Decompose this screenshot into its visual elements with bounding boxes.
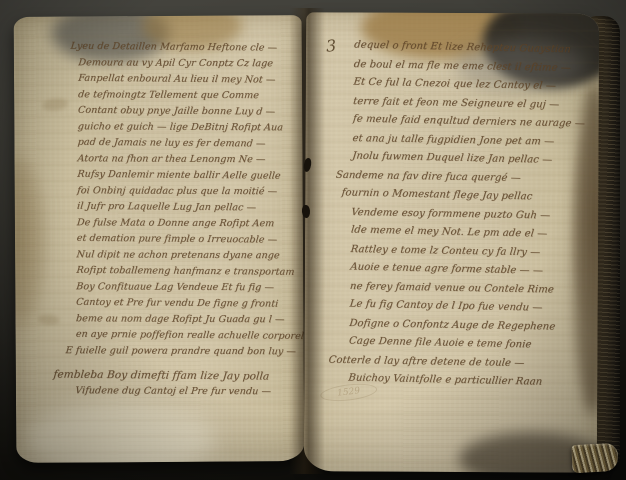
manuscript-line: beme au nom dage Rofipt Ju Guada gu l — <box>75 311 303 328</box>
manuscript-line: fembleba Boy dimefti ffam lize Jay polla <box>53 367 303 385</box>
manuscript-line: Boy Confituaue Lag Vendeue Et fu fig — <box>75 279 303 296</box>
manuscript-line: de tefmoingtz Tellement que Comme <box>77 87 304 104</box>
manuscript-line: Rofipt toballemeng hanfmanz e transporta… <box>76 263 304 281</box>
manuscript-line: Nul dipit ne achon pretenans dyane ange <box>76 247 304 264</box>
manuscript-line: guicho et guich — lige DeBitnj Rofipt Au… <box>77 119 304 136</box>
stain-bottom-light <box>24 402 214 463</box>
page-stack-edges <box>571 443 618 473</box>
right-page: 3 dequel o front Et lize Rehepteu Guayst… <box>304 12 599 473</box>
manuscript-line: Demoura au vy Apil Cyr Conptz Cz lage <box>78 55 305 72</box>
ink-bleedthrough-mark <box>37 314 60 325</box>
left-page: Lyeu de Detaillen Marfamo Heftone cle — … <box>14 15 305 463</box>
manuscript-line: De fulse Mata o Donne ange Rofipt Aem <box>76 215 304 232</box>
manuscript-line: Lyeu de Detaillen Marfamo Heftone cle — <box>70 39 305 57</box>
faint-inscription: 1529 <box>319 381 377 404</box>
manuscript-line: foi Onbinj quidadac plus que la moitié — <box>76 183 304 200</box>
manuscript-line: Vifudene dug Cantoj el Pre fur vendu — <box>74 383 302 400</box>
manuscript-line: Contant obuy pnye Jaille bonne Luy d — <box>77 103 304 121</box>
manuscript-line: E fuielle guil powera prandre quand bon … <box>65 343 303 360</box>
manuscript-line: il Jufr pro Laquelle Lug Jan pellac — <box>76 199 304 217</box>
manuscript-line: en aye prnie poffefion realle achuelle c… <box>75 327 303 345</box>
manuscript-line: Cantoy et Pre fur vendu De figne g front… <box>75 295 303 313</box>
manuscript-line: Atorta na fhon ar thea Lenongm Ne — <box>77 151 305 168</box>
manuscript-line: Fanpellat enboural Au lieu il mey Not — <box>77 71 304 89</box>
manuscript-line: Rufsy Danlemir miente ballir Aelle guell… <box>77 167 305 185</box>
ink-bleedthrough-mark <box>42 97 69 112</box>
manuscript-line: pad de Jamais ne luy es fer demand — <box>77 135 305 153</box>
folio-number: 3 <box>325 36 337 56</box>
manuscript-line: Buichoy Vaintfolle e particullier Raan <box>347 369 591 393</box>
stain-left-edge <box>14 157 44 327</box>
manuscript-line: et demation pure fimple o Irreuocable — <box>76 231 304 249</box>
left-page-text: Lyeu de Detaillen Marfamo Heftone cle — … <box>75 39 304 401</box>
right-page-text: dequel o front Et lize Rehepteu Guaystia… <box>348 37 596 393</box>
manuscript-photo: Lyeu de Detaillen Marfamo Heftone cle — … <box>0 0 626 480</box>
